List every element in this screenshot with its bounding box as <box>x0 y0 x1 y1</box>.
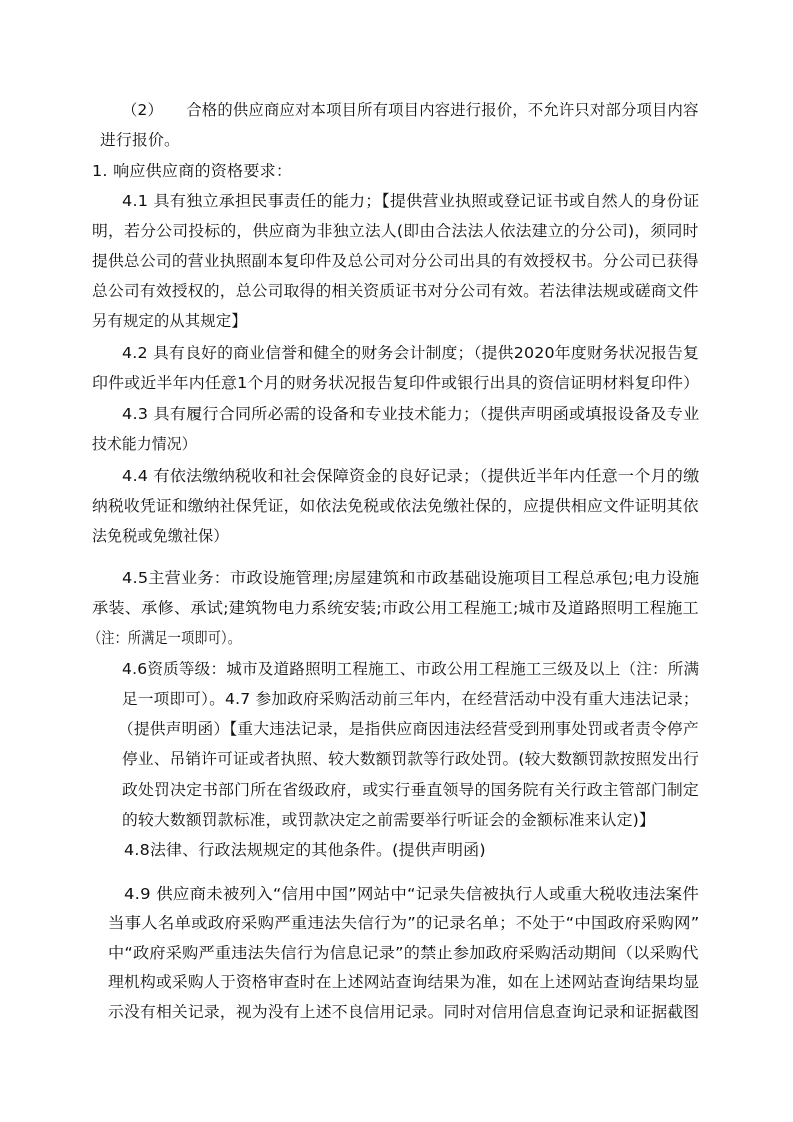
text-line: 4.2 具有良好的商业信誉和健全的财务会计制度；（提供2020年度财务状况报告复 <box>122 343 699 363</box>
text-line: 足一项即可）。4.7 参加政府采购活动前三年内，在经营活动中没有重大违法记录； <box>122 689 699 709</box>
text-line: 4.5主营业务：市政设施管理;房屋建筑和市政基础设施项目工程总承包;电力设施 <box>122 568 699 588</box>
text-line: 明，若分公司投标的，供应商为非独立法人(即由合法法人依法建立的分公司)，须同时 <box>92 221 699 241</box>
text-line: 示没有相关记录，视为没有上述不良信用记录。同时对信用信息查询记录和证据截图 <box>108 1002 699 1022</box>
text-line: 4.3 具有履行合同所必需的设备和专业技术能力；（提供声明函或填报设备及专业 <box>122 404 699 424</box>
text-line: （提供声明函）【重大违法记录，是指供应商因违法经营受到刑事处罚或者责令停产 <box>118 719 699 739</box>
text-line: （2） 合格的供应商应对本项目所有项目内容进行报价，不允许只对部分项目内容 <box>122 100 699 120</box>
text-line: 另有规定的从其规定】 <box>92 311 247 331</box>
text-line: 4.6资质等级：城市及道路照明工程施工、市政公用工程施工三级及以上（注：所满 <box>122 659 699 679</box>
text-line: 4.1 具有独立承担民事责任的能力；【提供营业执照或登记证书或自然人的身份证 <box>122 191 699 211</box>
text-line: 法免税或免缴社保） <box>92 526 229 546</box>
document-page: （2） 合格的供应商应对本项目所有项目内容进行报价，不允许只对部分项目内容进行报… <box>0 0 793 1122</box>
text-line: 提供总公司的营业执照副本复印件及总公司对分公司出具的有效授权书。分公司已获得 <box>92 251 699 271</box>
text-line: 进行报价。 <box>100 130 180 150</box>
text-line: 理机构或采购人于资格审查时在上述网站查询结果为准，如在上述网站查询结果均显 <box>108 972 699 992</box>
text-line: 4.8法律、行政法规规定的其他条件。(提供声明函) <box>124 840 486 860</box>
text-line: 停业、吊销许可证或者执照、较大数额罚款等行政处罚。(较大数额罚款按照发出行 <box>122 749 699 769</box>
text-line: 4.9 供应商未被列入“信用中国”网站中“记录失信被执行人或重大税收违法案件 <box>124 884 699 904</box>
text-line: 1. 响应供应商的资格要求： <box>92 161 292 181</box>
text-line: 中“政府采购严重违法失信行为信息记录”的禁止参加政府采购活动期间（以采购代 <box>108 943 699 963</box>
text-line: 总公司有效授权的，总公司取得的相关资质证书对分公司有效。若法律法规或磋商文件 <box>92 281 699 301</box>
text-line: 印件或近半年内任意1个月的财务状况报告复印件或银行出具的资信证明材料复印件） <box>92 373 699 393</box>
text-line: 4.4 有依法缴纳税收和社会保障资金的良好记录；（提供近半年内任意一个月的缴 <box>122 466 699 486</box>
text-line: 当事人名单或政府采购严重违法失信行为”的记录名单；不处于“中国政府采购网” <box>108 913 699 933</box>
text-line: 纳税收凭证和缴纳社保凭证，如依法免税或依法免缴社保的，应提供相应文件证明其依 <box>92 496 699 516</box>
text-line: 政处罚决定书部门所在省级政府，或实行垂直领导的国务院有关行政主管部门制定 <box>122 780 699 800</box>
text-line: 技术能力情况） <box>92 434 197 454</box>
text-line: 的较大数额罚款标准，或罚款决定之前需要举行听证会的金额标准来认定)】 <box>122 810 655 830</box>
text-line: （注：所满足一项即可）。 <box>88 628 241 648</box>
text-line: 承装、承修、承试;建筑物电力系统安装;市政公用工程施工;城市及道路照明工程施工 <box>92 598 699 618</box>
